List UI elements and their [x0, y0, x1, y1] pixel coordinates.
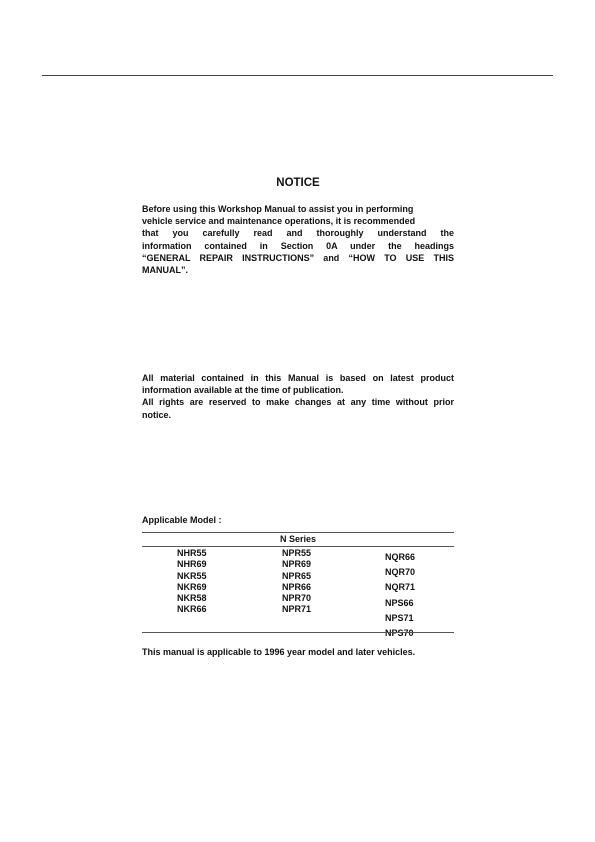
model-cell: NKR58 [177, 593, 207, 604]
model-cell: NQR66 [385, 550, 415, 565]
model-cell: NPR55 [282, 548, 311, 559]
applicable-model-label: Applicable Model : [142, 515, 222, 525]
table-bottom-rule [142, 632, 454, 633]
model-cell: NKR55 [177, 571, 207, 582]
notice-paragraph-rights: All material contained in this Manual is… [142, 372, 454, 421]
model-cell: NPR65 [282, 571, 311, 582]
paragraph-line: MANUAL”. [142, 264, 454, 276]
model-cell: NPR69 [282, 559, 311, 570]
paragraph-line: All material contained in this Manual is… [142, 372, 454, 384]
paragraph-line: notice. [142, 409, 454, 421]
model-cell: NPS70 [385, 626, 415, 641]
model-cell: NHR55 [177, 548, 207, 559]
model-cell: NPR71 [282, 604, 311, 615]
paragraph-line: vehicle service and maintenance operatio… [142, 215, 454, 227]
model-column-1: NHR55 NHR69 NKR55 NKR69 NKR58 NKR66 [177, 548, 207, 616]
series-header: N Series [142, 534, 454, 544]
model-cell: NKR69 [177, 582, 207, 593]
model-cell: NPS66 [385, 596, 415, 611]
paragraph-line: Before using this Workshop Manual to ass… [142, 203, 454, 215]
header-rule [42, 75, 553, 76]
paragraph-line: that you carefully read and thoroughly u… [142, 227, 454, 239]
paragraph-line: All rights are reserved to make changes … [142, 396, 454, 408]
table-header-rule [142, 546, 454, 547]
model-cell: NPR70 [282, 593, 311, 604]
model-cell: NKR66 [177, 604, 207, 615]
paragraph-line: information contained in Section 0A unde… [142, 240, 454, 252]
model-cell: NPR66 [282, 582, 311, 593]
paragraph-line: information available at the time of pub… [142, 384, 454, 396]
applicability-note: This manual is applicable to 1996 year m… [142, 647, 415, 657]
notice-title: NOTICE [142, 177, 454, 189]
notice-paragraph-instructions: Before using this Workshop Manual to ass… [142, 203, 454, 276]
model-cell: NQR70 [385, 565, 415, 580]
model-cell: NQR71 [385, 580, 415, 595]
model-column-3: NQR66 NQR70 NQR71 NPS66 NPS71 NPS70 [385, 550, 415, 641]
model-column-2: NPR55 NPR69 NPR65 NPR66 NPR70 NPR71 [282, 548, 311, 616]
model-cell: NPS71 [385, 611, 415, 626]
paragraph-line: “GENERAL REPAIR INSTRUCTIONS” and “HOW T… [142, 252, 454, 264]
table-top-rule [142, 532, 454, 533]
model-cell: NHR69 [177, 559, 207, 570]
